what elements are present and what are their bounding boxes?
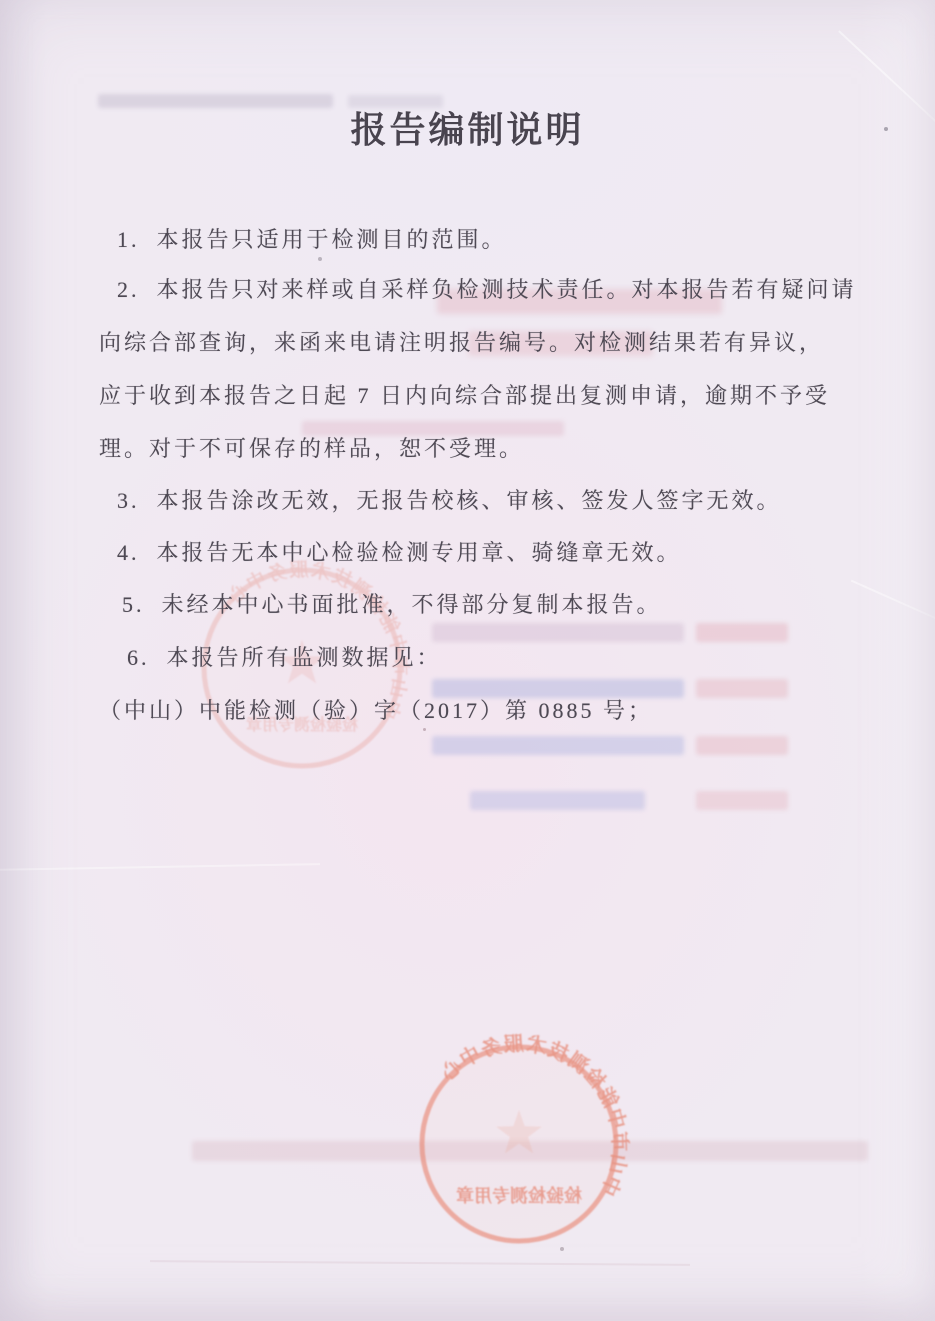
note-item-2: 2. 本报告只对来样或自采样负检测技术责任。对本报告若有疑问请	[117, 277, 857, 303]
paper-crease	[851, 580, 935, 631]
paper-speck	[560, 1247, 564, 1251]
scanned-report-page: 中山市中能检测技术服务中心 检验检测专用章 中山市中能检测技术服务中心 检验检测…	[0, 0, 935, 1321]
note-item-4: 4. 本报告无本中心检验检测专用章、骑缝章无效。	[117, 540, 682, 566]
note-item-2-cont-3: 理。对于不可保存的样品，恕不受理。	[99, 436, 524, 462]
note-item-2-cont-2: 应于收到本报告之日起 7 日内向综合部提出复测申请，逾期不予受	[99, 383, 830, 409]
paper-crease	[0, 863, 320, 871]
note-item-5: 5. 未经本中心书面批准，不得部分复制本报告。	[122, 592, 662, 618]
bleedthrough-stamp-bottom: 中山市中能检测技术服务中心 检验检测专用章	[407, 1032, 631, 1256]
note-item-1: 1. 本报告只适用于检测目的范围。	[117, 227, 507, 253]
report-reference-number: （中山）中能检测（验）字（2017）第 0885 号；	[99, 698, 653, 724]
page-title: 报告编制说明	[0, 102, 935, 153]
paper-crease	[150, 1260, 690, 1266]
note-item-6: 6. 本报告所有监测数据见：	[127, 645, 442, 671]
note-item-3: 3. 本报告涂改无效，无报告校核、审核、签发人签字无效。	[117, 488, 782, 514]
paper-speck	[423, 728, 426, 731]
paper-speck	[318, 257, 322, 261]
note-item-2-cont-1: 向综合部查询，来函来电请注明报告编号。对检测结果若有异议，	[99, 330, 824, 356]
stamp-center-text: 检验检测专用章	[456, 1185, 582, 1206]
